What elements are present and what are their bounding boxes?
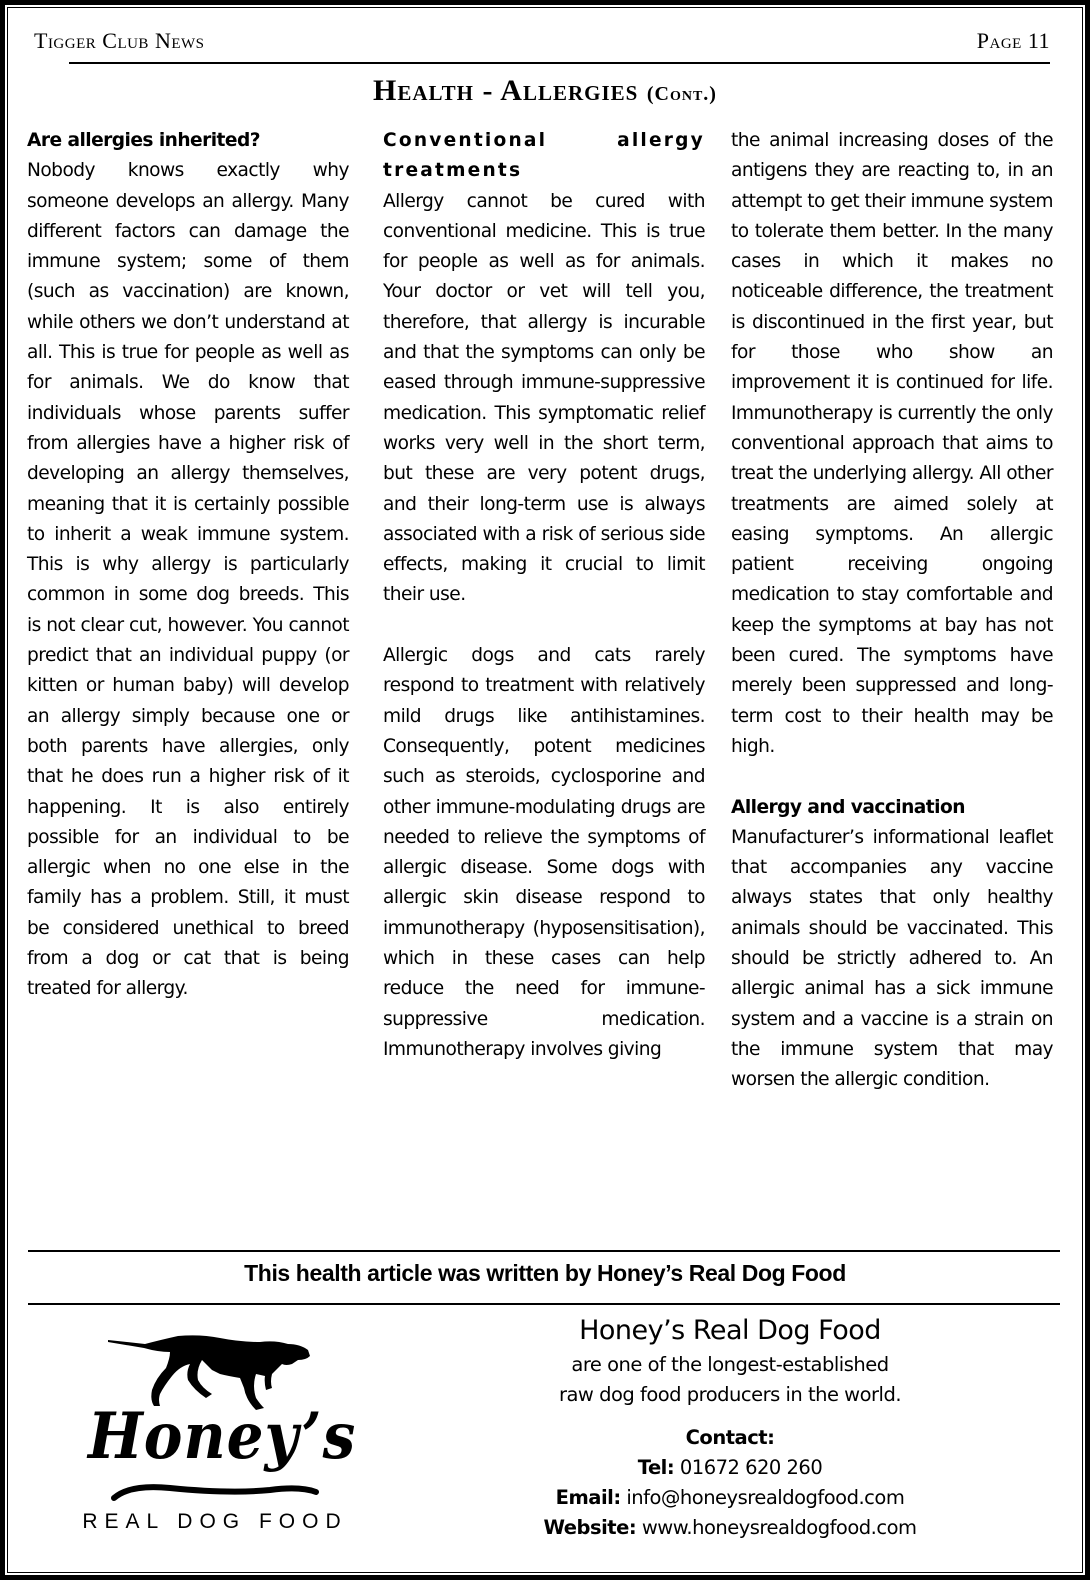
- publication-name: Tigger Club News: [34, 28, 205, 54]
- paragraph: Nobody knows exactly why someone develop…: [27, 156, 349, 1004]
- honeys-logo: Honey’s REAL DOG FOOD: [60, 1330, 370, 1540]
- contact-website: Website: www.honeysrealdogfood.com: [500, 1513, 960, 1543]
- page-title-suffix: (Cont.): [647, 83, 717, 105]
- contact-label: Contact:: [500, 1423, 960, 1453]
- sponsor-name: Honey’s Real Dog Food: [500, 1312, 960, 1350]
- paragraph-gap: [731, 762, 1053, 792]
- column-2: Conventional allergy treatments Allergy …: [383, 126, 705, 1065]
- tel-value: 01672 620 260: [680, 1456, 822, 1479]
- section-heading-inherited: Are allergies inherited?: [27, 126, 349, 156]
- sponsor-info: Honey’s Real Dog Food are one of the lon…: [500, 1310, 960, 1543]
- page-title: Health - Allergies (Cont.): [0, 74, 1090, 108]
- email-label: Email:: [556, 1486, 621, 1509]
- paragraph: Manufacturer’s informational leaflet tha…: [731, 823, 1053, 1096]
- article-columns: Are allergies inherited? Nobody knows ex…: [27, 126, 1053, 1226]
- sponsor-description-line-1: are one of the longest-established: [500, 1350, 960, 1380]
- paragraph: Allergy cannot be cured with conventiona…: [383, 187, 705, 611]
- contact-email: Email: info@honeysrealdogfood.com: [500, 1483, 960, 1513]
- website-label: Website:: [543, 1516, 636, 1539]
- page-title-main: Health - Allergies: [373, 74, 638, 107]
- paragraph: the animal increasing doses of the antig…: [731, 126, 1053, 762]
- contact-tel: Tel: 01672 620 260: [500, 1453, 960, 1483]
- logo-swash-decoration: [110, 1482, 320, 1502]
- column-3: the animal increasing doses of the antig…: [731, 126, 1053, 1096]
- paragraph-gap: [383, 611, 705, 641]
- byline-rule-top: [28, 1250, 1060, 1252]
- column-1: Are allergies inherited? Nobody knows ex…: [27, 126, 349, 1005]
- website-link[interactable]: www.honeysrealdogfood.com: [642, 1516, 917, 1539]
- logo-script-text: Honey’s: [88, 1399, 348, 1474]
- section-heading-conventional-treatments: Conventional allergy treatments: [383, 126, 705, 187]
- byline-rule-bottom: [28, 1303, 1060, 1305]
- section-heading-vaccination: Allergy and vaccination: [731, 793, 1053, 823]
- email-value[interactable]: info@honeysrealdogfood.com: [626, 1486, 904, 1509]
- header-rule: [69, 62, 1050, 64]
- paragraph: Allergic dogs and cats rarely respond to…: [383, 641, 705, 1065]
- sponsor-description-line-2: raw dog food producers in the world.: [500, 1380, 960, 1410]
- tel-label: Tel:: [638, 1456, 674, 1479]
- running-head: Tigger Club News Page 11: [34, 28, 1050, 54]
- page-number: Page 11: [977, 28, 1050, 54]
- logo-tagline: REAL DOG FOOD: [60, 1510, 370, 1534]
- article-byline: This health article was written by Honey…: [0, 1260, 1090, 1287]
